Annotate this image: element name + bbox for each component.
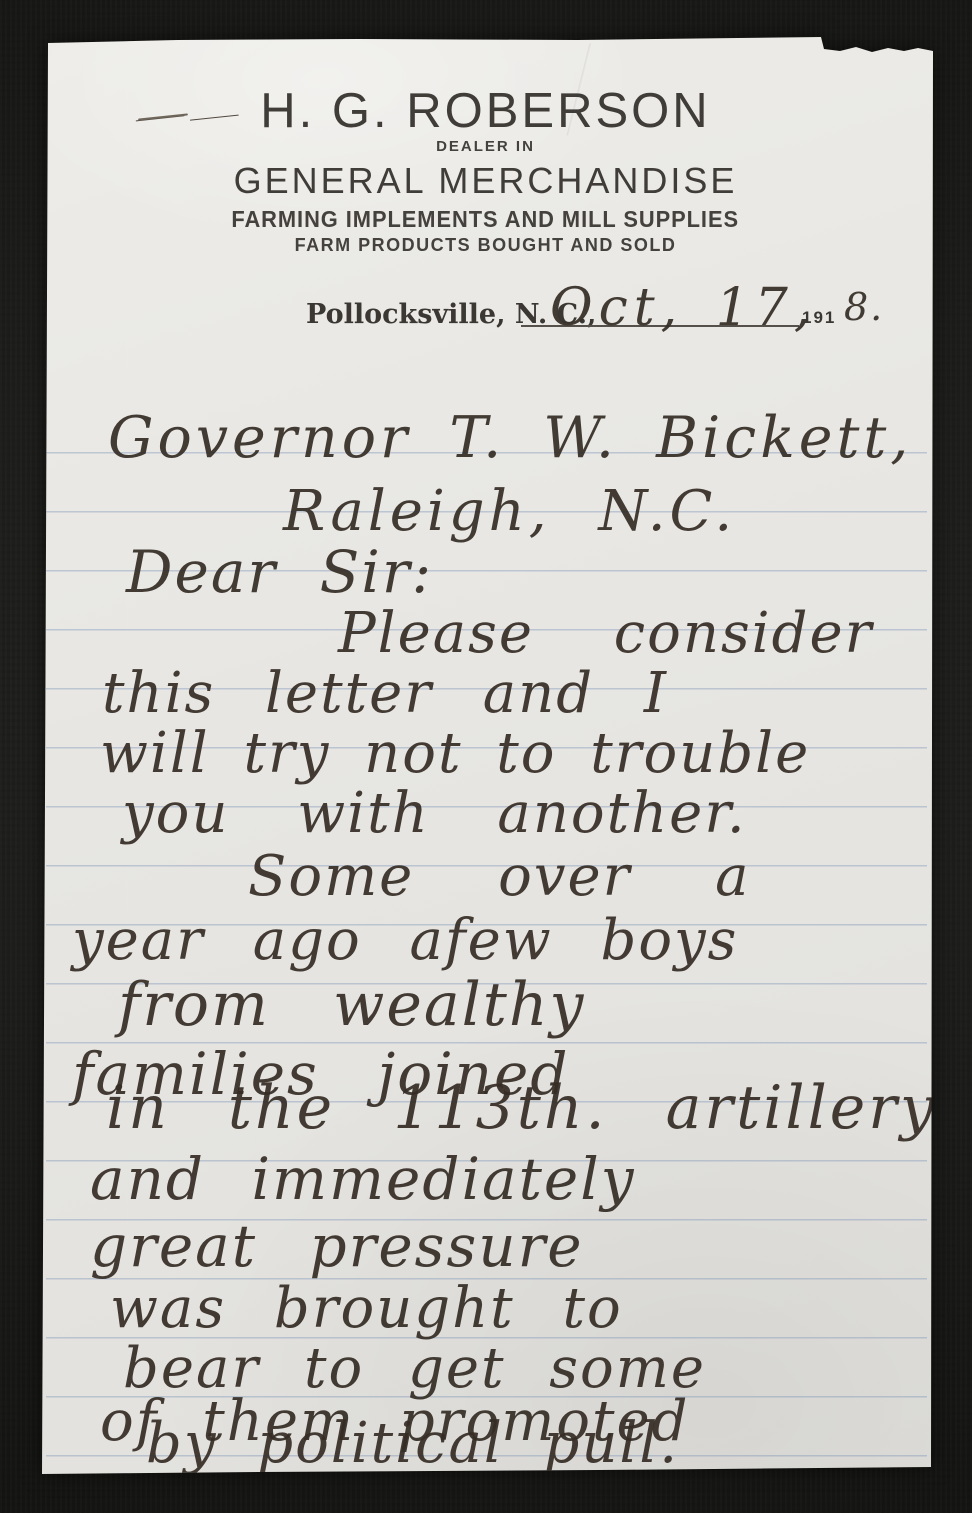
- letterhead-dealer-line: DEALER IN: [38, 139, 933, 154]
- handwritten-year-digit: 8.: [844, 288, 884, 326]
- printed-year-prefix: 191: [802, 308, 836, 328]
- paper-surface: H. G. ROBERSON DEALER IN GENERAL MERCHAN…: [38, 36, 933, 1475]
- letterhead-dealer-text: DEALER IN: [436, 139, 535, 154]
- body-line: you with another.: [122, 786, 747, 842]
- body-line: was brought to: [110, 1281, 623, 1337]
- body-line: year ago afew boys: [72, 913, 738, 969]
- letterhead-name: H. G. ROBERSON: [38, 87, 933, 136]
- body-line: in the 113th. artillery: [106, 1078, 937, 1138]
- body-line: and immediately: [90, 1150, 636, 1208]
- letterhead-business-line: GENERAL MERCHANDISE: [38, 163, 933, 199]
- handwritten-date: Oct, 17,: [550, 282, 816, 334]
- letterhead-name-text: H. G. ROBERSON: [260, 87, 710, 136]
- body-line: Some over a: [248, 849, 751, 905]
- letterhead-business-text: GENERAL MERCHANDISE: [234, 163, 738, 199]
- letterhead-supplies-text: FARMING IMPLEMENTS AND MILL SUPPLIES: [232, 208, 740, 231]
- recipient-city-line: Raleigh, N.C.: [283, 484, 736, 540]
- body-line: Please consider: [338, 606, 873, 662]
- letter-sheet: H. G. ROBERSON DEALER IN GENERAL MERCHAN…: [38, 36, 933, 1475]
- recipient-line: Governor T. W. Bickett,: [108, 410, 912, 467]
- body-line: great pressure: [90, 1217, 584, 1275]
- salutation-line: Dear Sir:: [126, 543, 433, 601]
- body-line: will try not to trouble: [100, 726, 810, 782]
- letterhead-supplies-line: FARMING IMPLEMENTS AND MILL SUPPLIES: [38, 208, 933, 231]
- body-line: from wealthy: [118, 975, 585, 1035]
- letterhead-products-text: FARM PRODUCTS BOUGHT AND SOLD: [295, 236, 677, 254]
- body-line: this letter and I: [102, 666, 668, 722]
- letterhead-products-line: FARM PRODUCTS BOUGHT AND SOLD: [38, 236, 933, 254]
- body-line: by political pull.: [146, 1416, 679, 1472]
